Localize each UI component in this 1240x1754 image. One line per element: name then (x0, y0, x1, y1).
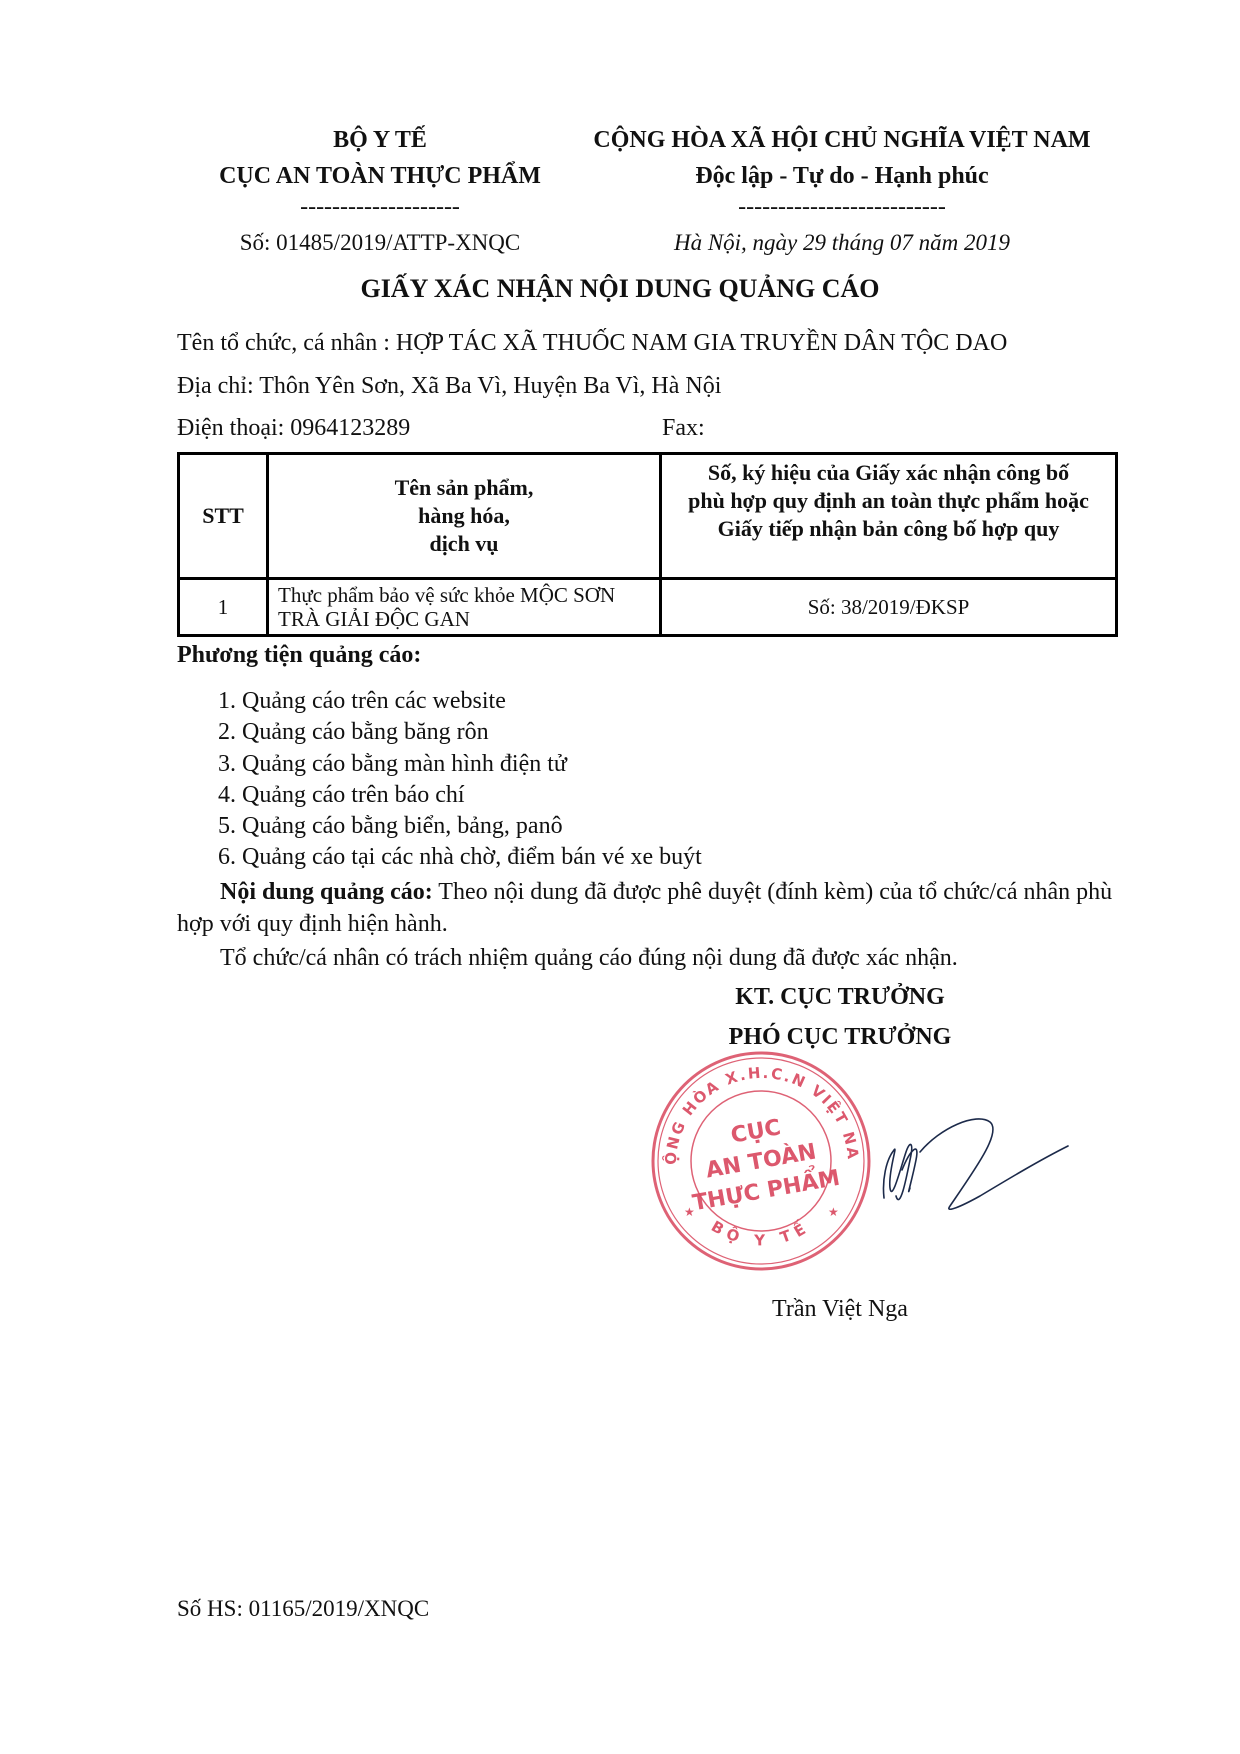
responsibility-paragraph: Tổ chức/cá nhân có trách nhiệm quảng cáo… (177, 942, 1117, 974)
list-item: 6. Quảng cáo tại các nhà chờ, điểm bán v… (218, 842, 702, 873)
table-row: 1 Thực phẩm bảo vệ sức khỏe MỘC SƠN TRÀ … (179, 579, 1117, 636)
header-product: Tên sản phẩm, hàng hóa, dịch vụ (268, 454, 661, 579)
cell-certificate: Số: 38/2019/ĐKSP (661, 579, 1117, 636)
product-table: STT Tên sản phẩm, hàng hóa, dịch vụ Số, … (177, 452, 1118, 637)
place-date: Hà Nội, ngày 29 tháng 07 năm 2019 (572, 226, 1112, 260)
header-stt: STT (179, 454, 268, 579)
list-item: 4. Quảng cáo trên báo chí (218, 780, 702, 811)
header-certificate: Số, ký hiệu của Giấy xác nhận công bố ph… (661, 454, 1117, 579)
svg-text:★: ★ (828, 1205, 839, 1219)
media-list: 1. Quảng cáo trên các website 2. Quảng c… (218, 686, 702, 874)
cell-stt: 1 (179, 579, 268, 636)
national-motto: Độc lập - Tự do - Hạnh phúc (572, 158, 1112, 194)
department-name: CỤC AN TOÀN THỰC PHẨM (180, 158, 580, 194)
document-title: GIẤY XÁC NHẬN NỘI DUNG QUẢNG CÁO (0, 274, 1240, 304)
issuing-authority: BỘ Y TẾ CỤC AN TOÀN THỰC PHẨM ----------… (180, 122, 580, 260)
media-label: Phương tiện quảng cáo: (177, 642, 421, 669)
applicant-address: Địa chỉ: Thôn Yên Sơn, Xã Ba Vì, Huyện B… (177, 371, 721, 401)
cell-product: Thực phẩm bảo vệ sức khỏe MỘC SƠN TRÀ GI… (268, 579, 661, 636)
content-label: Nội dung quảng cáo: (220, 879, 433, 905)
applicant-name: Tên tổ chức, cá nhân : HỢP TÁC XÃ THUỐC … (177, 328, 1007, 358)
list-item: 3. Quảng cáo bằng màn hình điện tử (218, 749, 702, 780)
content-paragraph: Nội dung quảng cáo: Theo nội dung đã đượ… (177, 876, 1117, 940)
table-header-row: STT Tên sản phẩm, hàng hóa, dịch vụ Số, … (179, 454, 1117, 579)
sign-on-behalf: KT. CỤC TRƯỞNG (640, 984, 1040, 1011)
national-heading: CỘNG HÒA XÃ HỘI CHỦ NGHĨA VIỆT NAM Độc l… (572, 122, 1112, 260)
country-name: CỘNG HÒA XÃ HỘI CHỦ NGHĨA VIỆT NAM (572, 122, 1112, 158)
ministry-name: BỘ Y TẾ (180, 122, 580, 158)
signer-name: Trần Việt Nga (640, 1296, 1040, 1323)
document-number: Số: 01485/2019/ATTP-XNQC (180, 226, 580, 260)
dossier-number: Số HS: 01165/2019/XNQC (177, 1596, 429, 1622)
list-item: 2. Quảng cáo bằng băng rôn (218, 717, 702, 748)
list-item: 5. Quảng cáo bằng biển, bảng, panô (218, 811, 702, 842)
applicant-phone: Điện thoại: 0964123289 (177, 413, 410, 443)
left-divider: -------------------- (180, 194, 580, 220)
applicant-fax: Fax: (662, 413, 705, 443)
handwritten-signature-icon (880, 1110, 1070, 1220)
official-stamp-icon: CỘNG HÒA X.H.C.N VIỆT NAM BỘ Y TẾ ★ ★ CỤ… (646, 1046, 876, 1276)
list-item: 1. Quảng cáo trên các website (218, 686, 702, 717)
svg-text:CỤC: CỤC (729, 1115, 783, 1148)
right-divider: -------------------------- (572, 194, 1112, 220)
